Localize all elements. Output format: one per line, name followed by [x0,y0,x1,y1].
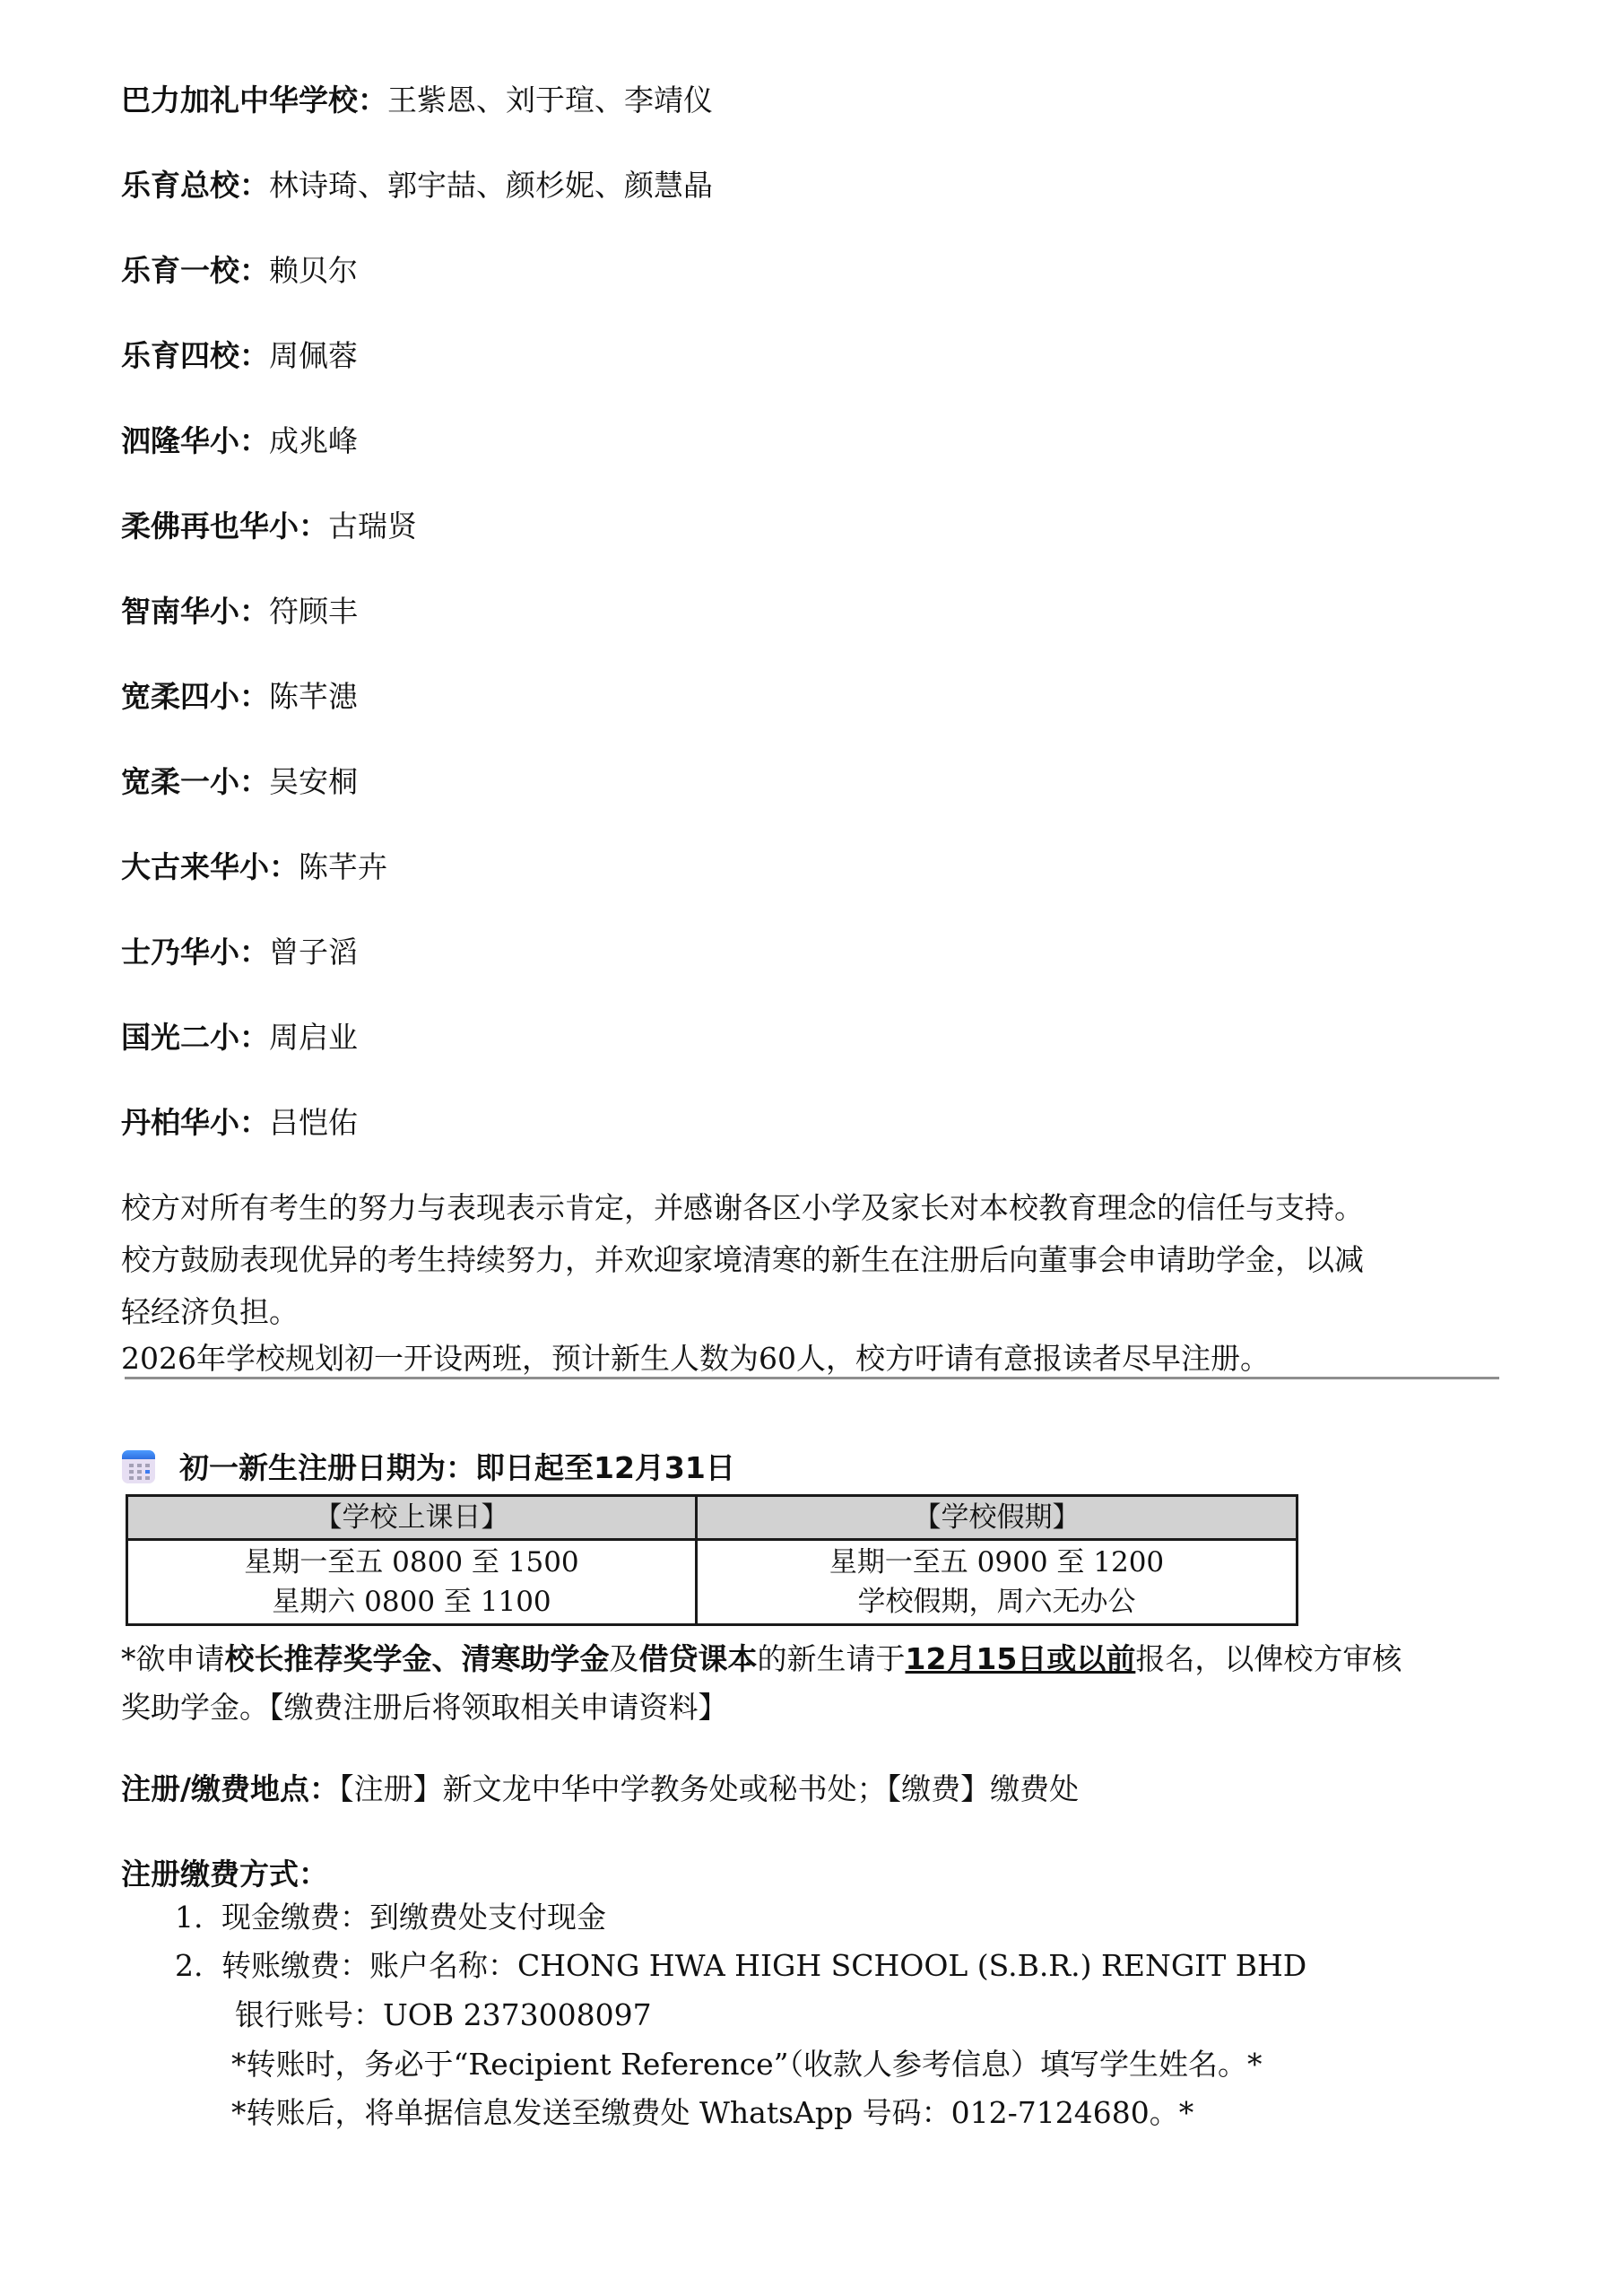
student-names: 古瑞贤 [328,509,417,544]
paragraph-line: 2026年学校规划初一开设两班，预计新生人数为60人，校方吁请有意报读者尽早注册… [121,1341,1270,1377]
school-name: 国光二小： [121,1020,269,1055]
list-item: 乐育总校：林诗琦、郭宇喆、颜杉妮、颜慧晶 [121,168,713,204]
note-text: 的新生请于 [758,1641,906,1676]
note-separator: 及 [610,1641,639,1676]
list-item: 乐育四校：周佩蓉 [121,338,358,374]
hours-line: 学校假期，周六无办公 [698,1582,1296,1622]
transfer-note-reference: *转账时，务必于“Recipient Reference”（收款人参考信息）填写… [231,2047,1263,2083]
list-number: 2. [175,1948,221,1984]
student-names: 曾子滔 [269,935,358,970]
location-label: 注册/缴费地点： [121,1771,339,1806]
student-names: 陈芊卉 [299,849,387,884]
payment-item: 1.现金缴费：到缴费处支付现金 [175,1900,606,1935]
scholarship-needy: 清寒助学金 [462,1641,610,1676]
list-item: 巴力加礼中华学校：王紫恩、刘于瑄、李靖仪 [121,83,713,118]
scholarship-principal: 校长推荐奖学金 [225,1641,432,1676]
registration-date-label: 初一新生注册日期为： [179,1450,475,1485]
section-divider [125,1377,1499,1379]
student-names: 成兆峰 [269,423,358,458]
school-name: 乐育四校： [121,338,269,373]
student-names: 符顾丰 [269,594,358,629]
school-name: 乐育总校： [121,168,269,203]
list-item: 宽柔四小：陈芊漶 [121,679,358,715]
note-text: 报名，以俾校方审核 [1135,1641,1402,1676]
office-hours-table: 【学校上课日】 【学校假期】 星期一至五 0800 至 1500 星期六 080… [126,1494,1298,1626]
list-item: 国光二小：周启业 [121,1020,358,1056]
note-separator: 、 [432,1641,462,1676]
school-name: 智南华小： [121,594,269,629]
hours-line: 星期一至五 0800 至 1500 [128,1543,695,1582]
payment-item: 2.转账缴费：账户名称：CHONG HWA HIGH SCHOOL (S.B.R… [175,1948,1306,1984]
student-names: 赖贝尔 [269,253,358,288]
deadline: 12月15日或以前 [906,1641,1136,1676]
paragraph-line: 轻经济负担。 [121,1294,299,1330]
note-text: *欲申请 [121,1641,225,1676]
list-item: 乐育一校：赖贝尔 [121,253,358,289]
registration-date-heading: 初一新生注册日期为：即日起至12月31日 [179,1450,735,1486]
textbook-loan: 借贷课本 [639,1641,758,1676]
payment-text: 转账缴费：账户名称：CHONG HWA HIGH SCHOOL (S.B.R.)… [221,1948,1306,1983]
student-names: 王紫恩、刘于瑄、李靖仪 [387,83,713,117]
school-name: 丹柏华小： [121,1105,269,1140]
scholarship-note-line2: 奖助学金。【缴费注册后将领取相关申请资料】 [121,1690,728,1726]
list-item: 大古来华小：陈芊卉 [121,849,387,885]
list-item: 柔佛再也华小：古瑞贤 [121,509,417,544]
student-names: 周佩蓉 [269,338,358,373]
student-names: 陈芊漶 [269,679,358,714]
column-header-school-days: 【学校上课日】 [127,1496,697,1540]
list-item: 宽柔一小：吴安桐 [121,764,358,800]
scholarship-note: *欲申请校长推荐奖学金、清寒助学金及借贷课本的新生请于12月15日或以前报名，以… [121,1641,1402,1677]
school-name: 士乃华小： [121,935,269,970]
holiday-hours: 星期一至五 0900 至 1200 学校假期，周六无办公 [697,1540,1298,1625]
list-number: 1. [175,1900,221,1935]
list-item: 丹柏华小：吕恺佑 [121,1105,358,1141]
list-item: 士乃华小：曾子滔 [121,935,358,970]
hours-line: 星期六 0800 至 1100 [128,1582,695,1622]
payment-methods-title: 注册缴费方式： [121,1857,328,1892]
student-names: 吕恺佑 [269,1105,358,1140]
table-row: 星期一至五 0800 至 1500 星期六 0800 至 1100 星期一至五 … [127,1540,1298,1625]
school-name: 大古来华小： [121,849,299,884]
student-names: 周启业 [269,1020,358,1055]
column-header-holidays: 【学校假期】 [697,1496,1298,1540]
paragraph-line: 校方对所有考生的努力与表现表示肯定，并感谢各区小学及家长对本校教育理念的信任与支… [121,1190,1364,1226]
student-names: 林诗琦、郭宇喆、颜杉妮、颜慧晶 [269,168,713,203]
school-name: 宽柔四小： [121,679,269,714]
school-name: 巴力加礼中华学校： [121,83,387,117]
school-name: 泗隆华小： [121,423,269,458]
hours-line: 星期一至五 0900 至 1200 [698,1543,1296,1582]
transfer-note-whatsapp: *转账后，将单据信息发送至缴费处 WhatsApp 号码：012-7124680… [231,2095,1193,2131]
list-item: 泗隆华小：成兆峰 [121,423,358,459]
registration-location: 注册/缴费地点：【注册】新文龙中华中学教务处或秘书处；【缴费】缴费处 [121,1771,1079,1807]
location-value: 【注册】新文龙中华中学教务处或秘书处；【缴费】缴费处 [339,1771,1079,1806]
paragraph-line: 校方鼓励表现优异的考生持续努力，并欢迎家境清寒的新生在注册后向董事会申请助学金，… [121,1242,1364,1278]
school-name: 宽柔一小： [121,764,269,799]
school-days-hours: 星期一至五 0800 至 1500 星期六 0800 至 1100 [127,1540,697,1625]
payment-text: 现金缴费：到缴费处支付现金 [221,1900,606,1935]
calendar-icon [122,1450,155,1483]
school-name: 柔佛再也华小： [121,509,328,544]
student-names: 吴安桐 [269,764,358,799]
registration-date-value: 即日起至12月31日 [475,1450,735,1485]
bank-account: 银行账号：UOB 2373008097 [235,1997,652,2033]
list-item: 智南华小：符顾丰 [121,594,358,630]
school-name: 乐育一校： [121,253,269,288]
